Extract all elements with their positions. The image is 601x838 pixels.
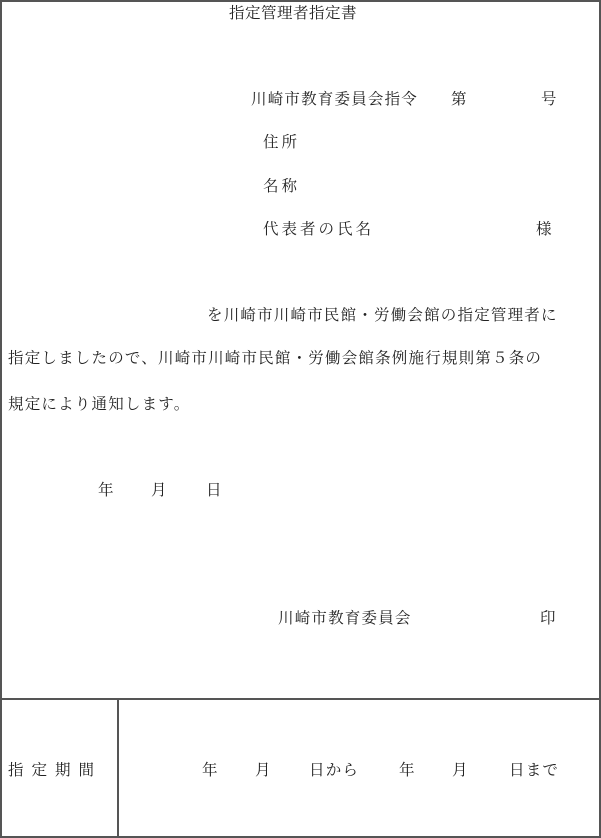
period-from-day: 日から xyxy=(309,760,359,780)
period-label: 指定期間 xyxy=(8,760,102,780)
honorific: 様 xyxy=(536,219,552,239)
body-line-3: 規定により通知します。 xyxy=(8,394,190,414)
period-to-month: 月 xyxy=(452,760,468,780)
date-month: 月 xyxy=(151,480,167,500)
body-line-1: を川崎市川崎市民館・労働会館の指定管理者に xyxy=(207,305,558,325)
order-number-prefix: 第 xyxy=(451,89,467,109)
document-title: 指定管理者指定書 xyxy=(229,3,357,23)
period-to-year: 年 xyxy=(399,760,415,780)
seal-mark: 印 xyxy=(540,608,556,628)
date-day: 日 xyxy=(206,480,222,500)
order-issuer: 川崎市教育委員会指令 xyxy=(251,89,418,109)
name-label: 名称 xyxy=(263,176,300,196)
document-frame xyxy=(0,0,601,838)
date-year: 年 xyxy=(98,480,114,500)
period-to-day: 日まで xyxy=(509,760,559,780)
representative-label: 代表者の氏名 xyxy=(263,219,374,239)
signature-issuer: 川崎市教育委員会 xyxy=(278,608,412,628)
body-line-2: 指定しましたので、川崎市川崎市民館・労働会館条例施行規則第５条の xyxy=(8,348,542,368)
address-label: 住所 xyxy=(263,132,300,152)
table-divider-vertical xyxy=(117,699,119,838)
period-from-month: 月 xyxy=(255,760,271,780)
order-number-suffix: 号 xyxy=(541,89,557,109)
period-from-year: 年 xyxy=(202,760,218,780)
table-divider-horizontal xyxy=(0,698,601,700)
